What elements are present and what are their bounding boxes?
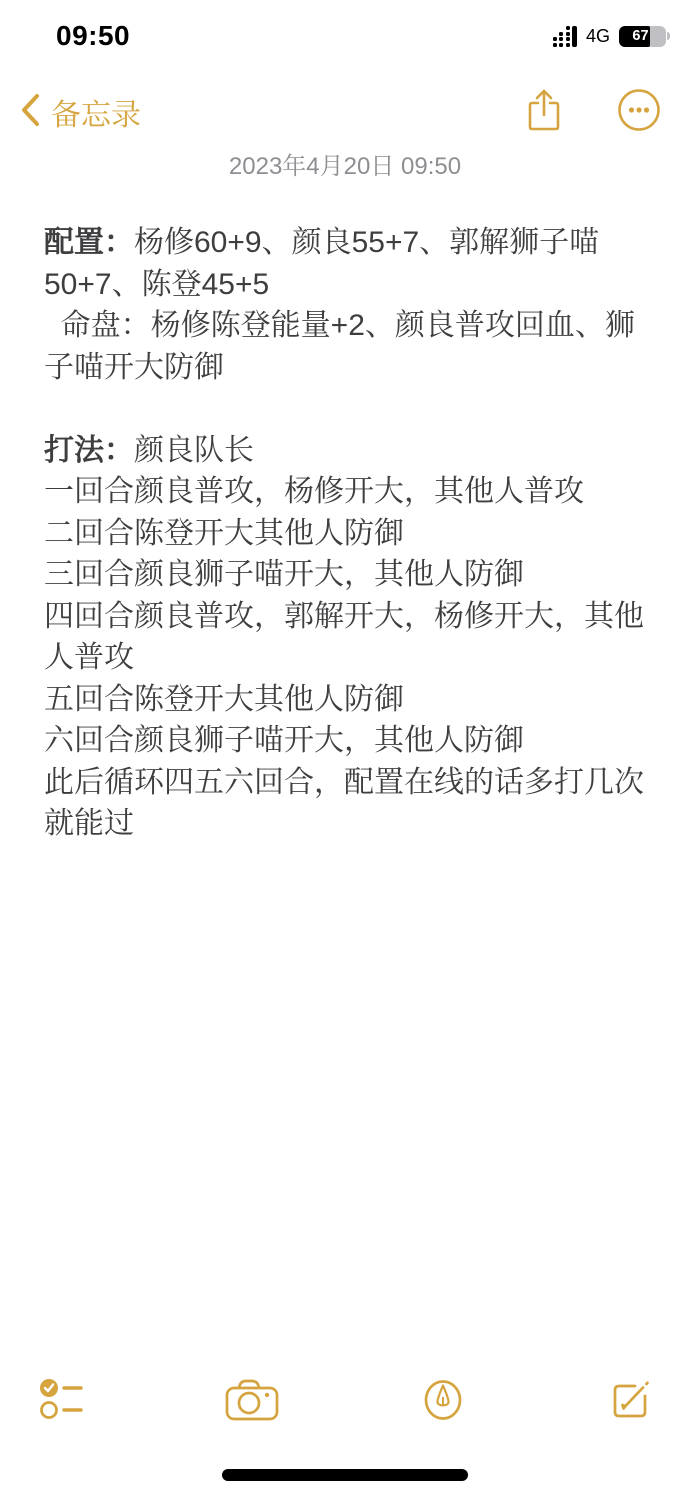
note-line-text: 一回合颜良普攻，杨修开大，其他人普攻 [44, 475, 584, 508]
camera-button[interactable] [225, 1377, 279, 1428]
note-line-text: 四回合颜良普攻，郭解开大，杨修开大，其他 [44, 600, 644, 633]
note-line: 就能过 [44, 803, 656, 845]
note-line-text: 杨修60+9、颜良55+7、郭解狮子喵 [134, 226, 599, 259]
status-bar-right: 4G 67 [553, 25, 666, 47]
note-line: 二回合陈登开大其他人防御 [44, 513, 656, 555]
note-line: 人普攻 [44, 637, 656, 679]
note-line: 配置：杨修60+9、颜良55+7、郭解狮子喵 [44, 222, 656, 264]
note-line-text: 命盘：杨修陈登能量+2、颜良普攻回血、狮 [44, 309, 635, 342]
note-line: 此后循环四五六回合，配置在线的话多打几次 [44, 762, 656, 804]
more-options-button[interactable] [616, 87, 662, 138]
note-line-text: 子喵开大防御 [44, 351, 224, 384]
notes-app-screen: 09:50 4G 67 备忘录 [0, 0, 690, 1493]
note-line-text: 就能过 [44, 807, 134, 840]
note-line: 四回合颜良普攻，郭解开大，杨修开大，其他 [44, 596, 656, 638]
note-line-text: 三回合颜良狮子喵开大，其他人防御 [44, 558, 524, 591]
compose-button[interactable] [606, 1376, 654, 1429]
note-line: 子喵开大防御 [44, 347, 656, 389]
checklist-button[interactable] [38, 1376, 86, 1429]
note-line-text: 五回合陈登开大其他人防御 [44, 683, 404, 716]
note-line-text: 颜良队长 [134, 434, 254, 467]
more-ellipsis-icon [616, 87, 662, 138]
note-line-text: 人普攻 [44, 641, 134, 674]
note-line [44, 388, 656, 430]
battery-percent: 67 [619, 26, 662, 47]
bottom-toolbar [0, 1374, 690, 1430]
status-time: 09:50 [56, 20, 130, 52]
nav-bar-actions [524, 87, 662, 138]
note-date: 2023年4月20日 09:50 [0, 146, 690, 181]
note-line: 打法：颜良队长 [44, 430, 656, 472]
note-line-text: 六回合颜良狮子喵开大，其他人防御 [44, 724, 524, 757]
battery-icon: 67 [619, 26, 666, 47]
note-line-bold-label: 打法： [44, 434, 134, 467]
share-button[interactable] [524, 87, 564, 138]
nav-bar: 备忘录 [0, 84, 690, 140]
note-line: 一回合颜良普攻，杨修开大，其他人普攻 [44, 471, 656, 513]
back-button[interactable]: 备忘录 [20, 90, 141, 134]
status-bar: 09:50 4G 67 [0, 16, 690, 56]
note-line-text: 二回合陈登开大其他人防御 [44, 517, 404, 550]
checklist-icon [38, 1376, 86, 1429]
network-type-label: 4G [586, 26, 610, 47]
camera-icon [225, 1377, 279, 1428]
markup-icon [419, 1376, 467, 1429]
battery-cap [667, 32, 670, 40]
share-icon [524, 87, 564, 138]
note-line: 三回合颜良狮子喵开大，其他人防御 [44, 554, 656, 596]
note-line-text: 50+7、陈登45+5 [44, 268, 269, 301]
back-chevron-icon [20, 92, 42, 133]
note-line: 命盘：杨修陈登能量+2、颜良普攻回血、狮 [44, 305, 656, 347]
note-line: 50+7、陈登45+5 [44, 264, 656, 306]
markup-button[interactable] [419, 1376, 467, 1429]
note-line: 五回合陈登开大其他人防御 [44, 679, 656, 721]
note-line: 六回合颜良狮子喵开大，其他人防御 [44, 720, 656, 762]
note-line-text: 此后循环四五六回合，配置在线的话多打几次 [44, 766, 644, 799]
compose-icon [606, 1376, 654, 1429]
note-line-bold-label: 配置： [44, 226, 134, 259]
note-body[interactable]: 配置：杨修60+9、颜良55+7、郭解狮子喵50+7、陈登45+5 命盘：杨修陈… [44, 222, 656, 845]
cellular-signal-icon [553, 25, 577, 47]
home-indicator[interactable] [222, 1469, 468, 1481]
back-button-label: 备忘录 [51, 90, 141, 134]
